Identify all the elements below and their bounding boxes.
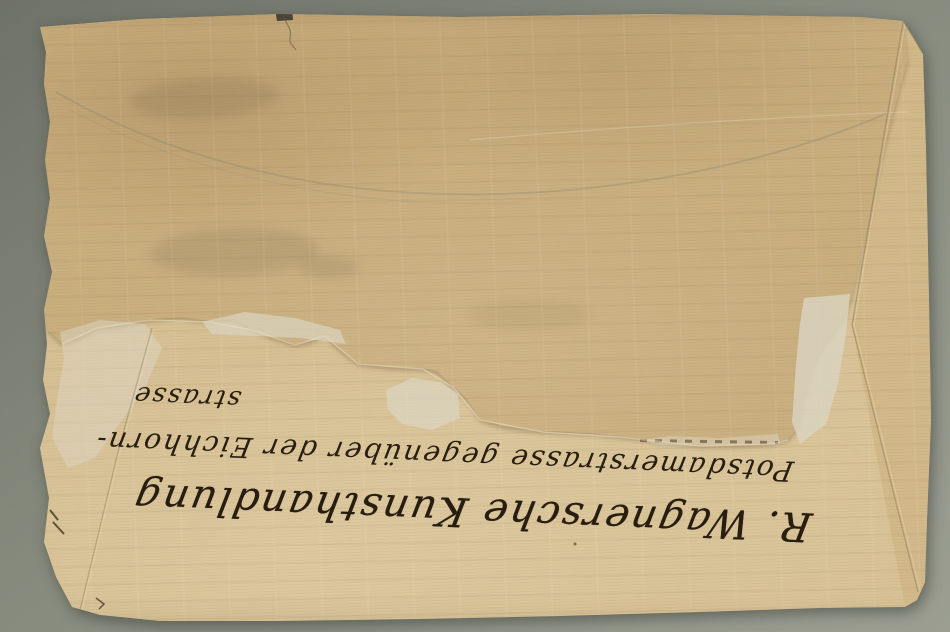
envelope-shadow-wrap: R. Wagnersche Kunsthandlung Potsdamerstr… bbox=[0, 0, 950, 632]
envelope-back: R. Wagnersche Kunsthandlung Potsdamerstr… bbox=[0, 0, 950, 632]
photo-stage: R. Wagnersche Kunsthandlung Potsdamerstr… bbox=[0, 0, 950, 632]
ink-showthrough-smudge bbox=[300, 256, 360, 278]
ink-showthrough-smudge bbox=[470, 300, 590, 330]
handwriting-block: R. Wagnersche Kunsthandlung Potsdamerstr… bbox=[91, 344, 823, 553]
